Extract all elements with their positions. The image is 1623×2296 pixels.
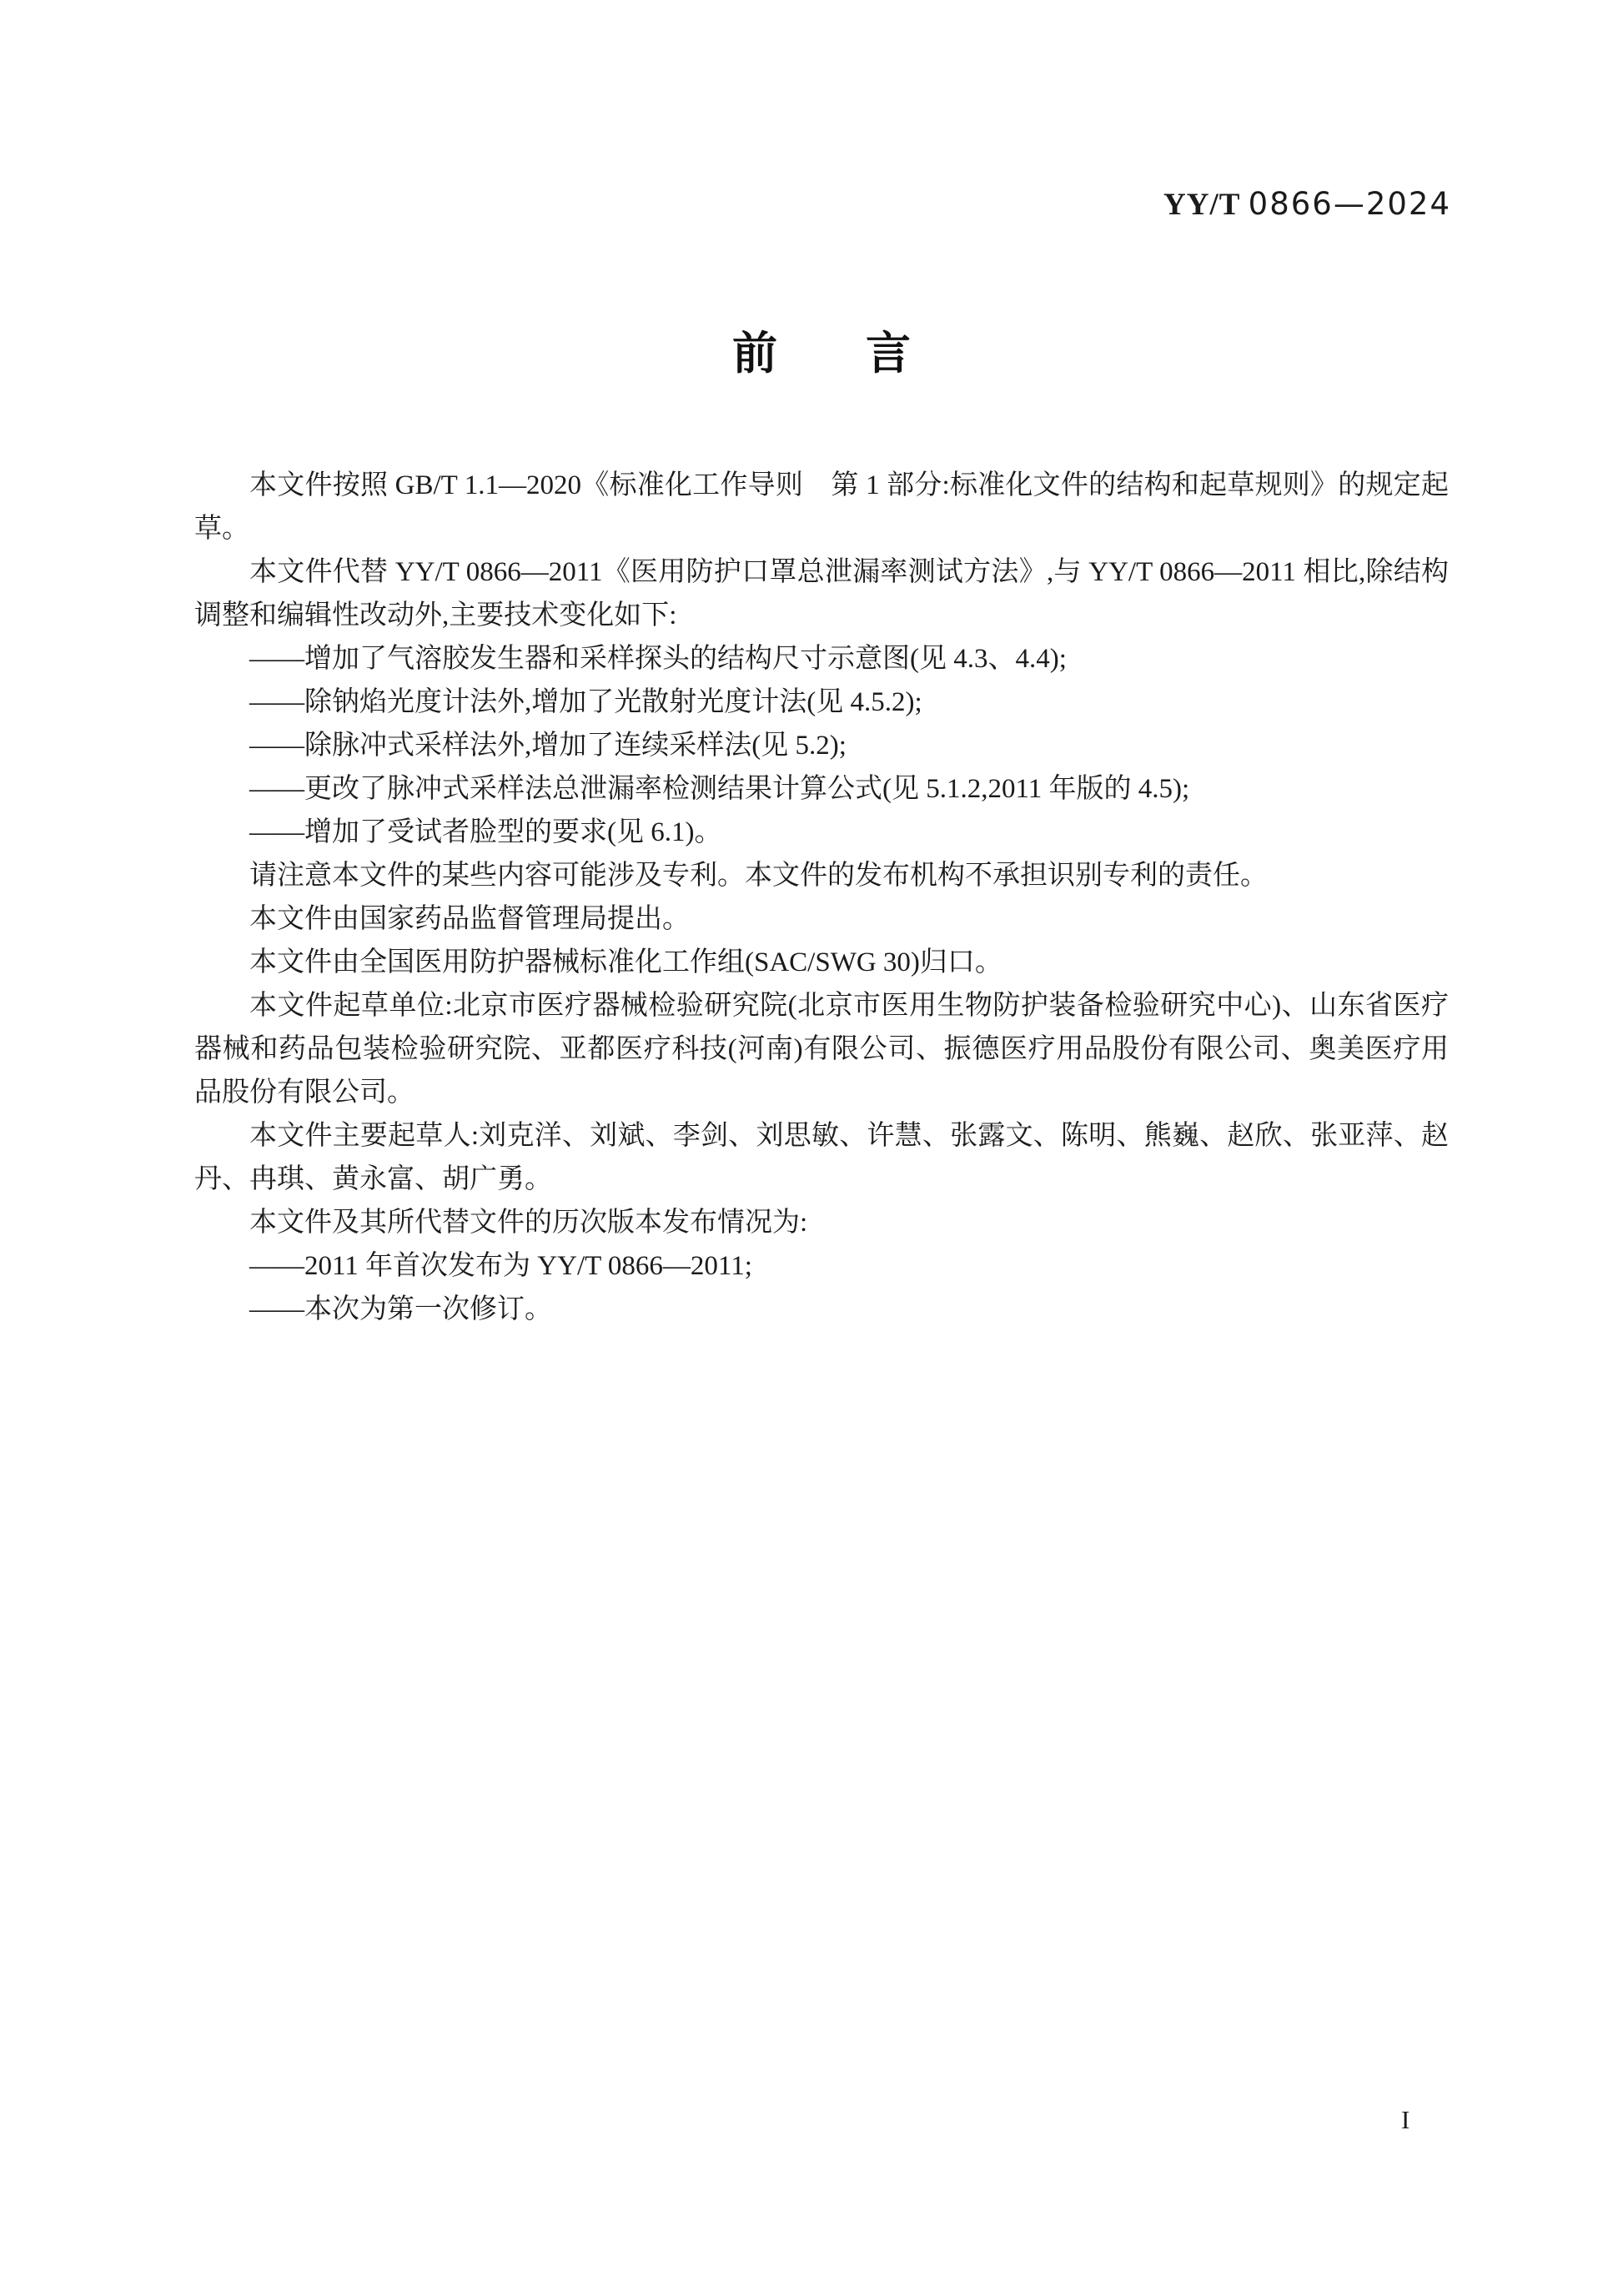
foreword-title: 前 言 — [194, 329, 1449, 378]
foreword-dash-item: ——增加了受试者脸型的要求(见 6.1)。 — [194, 811, 1449, 854]
foreword-paragraph: 本文件主要起草人:刘克洋、刘斌、李剑、刘思敏、许慧、张露文、陈明、熊巍、赵欣、张… — [194, 1114, 1449, 1201]
foreword-title-char-left: 前 — [732, 329, 777, 378]
foreword-dash-item: ——除脉冲式采样法外,增加了连续采样法(见 5.2); — [194, 724, 1449, 767]
foreword-paragraph: 本文件代替 YY/T 0866—2011《医用防护口罩总泄漏率测试方法》,与 Y… — [194, 550, 1449, 637]
foreword-paragraph: 本文件由国家药品监督管理局提出。 — [194, 897, 1449, 941]
foreword-title-char-right: 言 — [866, 329, 911, 378]
foreword-dash-item: ——更改了脉冲式采样法总泄漏率检测结果计算公式(见 5.1.2,2011 年版的… — [194, 767, 1449, 811]
foreword-dash-item: ——本次为第一次修订。 — [194, 1288, 1449, 1331]
foreword-dash-item: ——增加了气溶胶发生器和采样探头的结构尺寸示意图(见 4.3、4.4); — [194, 637, 1449, 681]
standard-code-prefix: YY/T — [1163, 188, 1240, 222]
standard-code-number: 0866—2024 — [1249, 186, 1451, 222]
standard-code: YY/T 0866—2024 — [1163, 188, 1451, 220]
foreword-paragraph: 本文件按照 GB/T 1.1—2020《标准化工作导则 第 1 部分:标准化文件… — [194, 464, 1449, 550]
document-page: YY/T 0866—2024 前 言 本文件按照 GB/T 1.1—2020《标… — [0, 0, 1623, 2296]
foreword-body: 本文件按照 GB/T 1.1—2020《标准化工作导则 第 1 部分:标准化文件… — [194, 464, 1449, 1331]
foreword-dash-item: ——除钠焰光度计法外,增加了光散射光度计法(见 4.5.2); — [194, 681, 1449, 724]
foreword-dash-item: ——2011 年首次发布为 YY/T 0866—2011; — [194, 1244, 1449, 1288]
foreword-paragraph: 请注意本文件的某些内容可能涉及专利。本文件的发布机构不承担识别专利的责任。 — [194, 854, 1449, 897]
foreword-paragraph: 本文件起草单位:北京市医疗器械检验研究院(北京市医用生物防护装备检验研究中心)、… — [194, 984, 1449, 1114]
page-number: I — [1401, 2107, 1409, 2133]
foreword-paragraph: 本文件由全国医用防护器械标准化工作组(SAC/SWG 30)归口。 — [194, 941, 1449, 984]
foreword-paragraph: 本文件及其所代替文件的历次版本发布情况为: — [194, 1201, 1449, 1244]
